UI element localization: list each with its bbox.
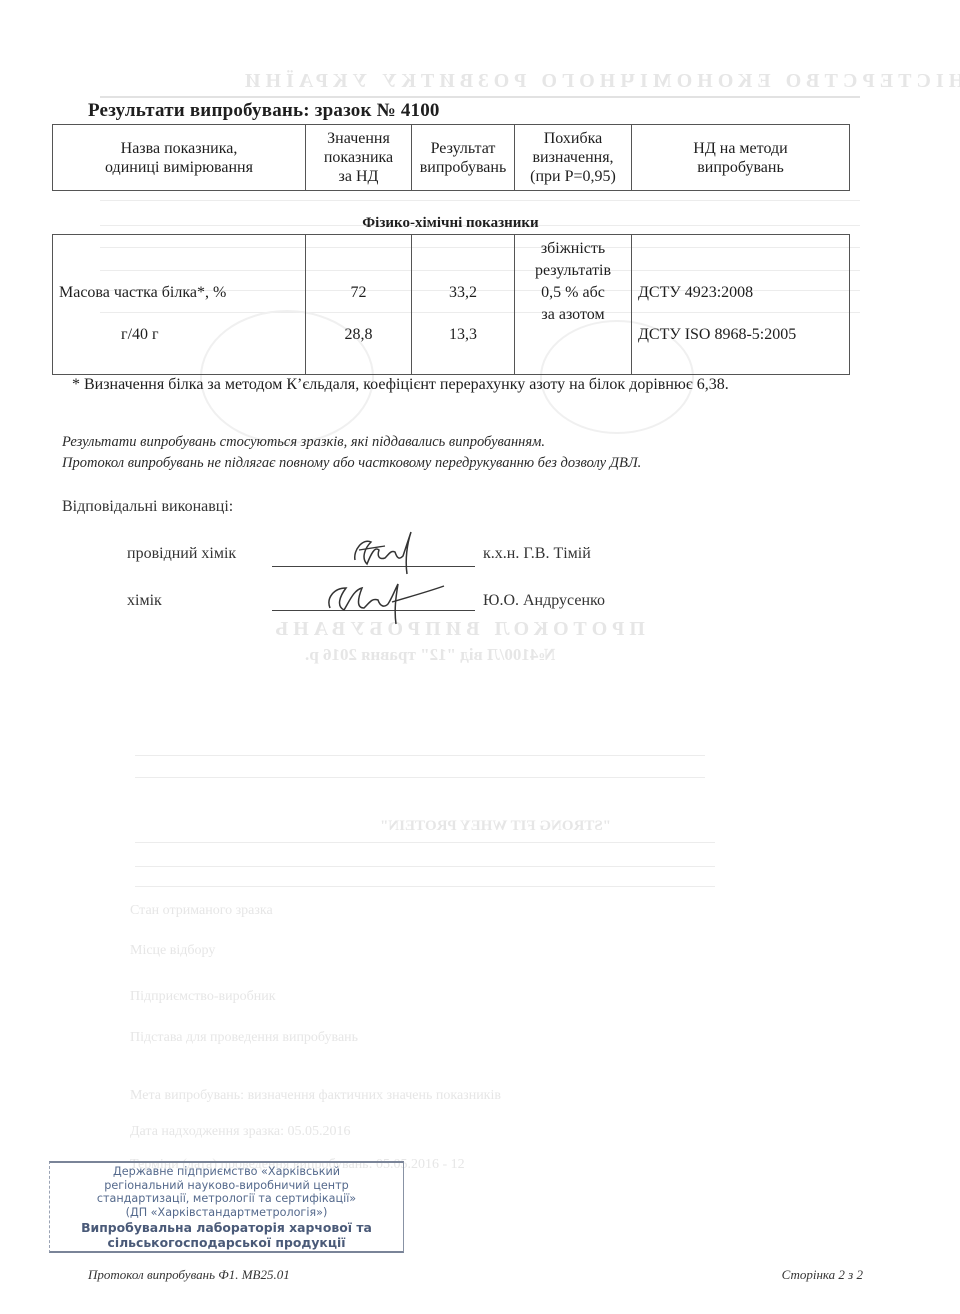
header-line: Назва показника, <box>53 139 305 158</box>
stamp-line: стандартизації, метрології та сертифікац… <box>50 1192 403 1206</box>
header-norm-value: Значення показника за НД <box>306 125 412 191</box>
table-cell-result: 33,2 <box>412 283 514 302</box>
signatory-name: к.х.н. Г.В. Тімій <box>483 545 591 563</box>
show-through-rule <box>135 755 705 756</box>
signature-icon <box>345 530 435 575</box>
stamp-line: регіональний науково-виробничий центр <box>50 1179 403 1193</box>
header-line: НД на методи <box>632 139 849 158</box>
header-indicator-name: Назва показника, одиниці вимірювання <box>53 125 306 191</box>
show-through-rule <box>135 842 715 843</box>
signatory-name: Ю.О. Андрусенко <box>483 592 605 610</box>
header-error: Похибка визначення, (при Р=0,95) <box>515 125 632 191</box>
results-data-table: Масова частка білка*, % г/40 г 72 28,8 3… <box>52 234 850 375</box>
reprint-note: Протокол випробувань не підлягає повному… <box>62 455 641 472</box>
show-through-line: Стан отриманого зразка <box>130 903 273 919</box>
footer-page-number: Сторінка 2 з 2 <box>782 1267 863 1283</box>
error-line: за азотом <box>515 305 631 324</box>
footnote: * Визначення білка за методом К’єльдаля,… <box>72 376 729 394</box>
table-cell-norm: 72 <box>306 283 411 302</box>
header-line: Похибка <box>515 129 631 148</box>
cell-indicator-name: Масова частка білка*, % г/40 г <box>53 235 306 375</box>
responsible-label: Відповідальні виконавці: <box>62 498 233 516</box>
cell-test-method: ДСТУ 4923:2008 ДСТУ ISO 8968-5:2005 <box>632 235 850 375</box>
header-line: за НД <box>306 167 411 186</box>
header-line: Результат <box>412 139 514 158</box>
header-line: визначення, <box>515 148 631 167</box>
show-through-heading: МІНІСТЕРСТВО ЕКОНОМІЧНОГО РОЗВИТКУ УКРАЇ… <box>240 70 960 93</box>
footer-form-code: Протокол випробувань Ф1. МВ25.01 <box>88 1267 290 1283</box>
stamp-lab-line: Випробувальна лабораторія харчової та <box>50 1220 403 1235</box>
signature-icon <box>322 578 452 628</box>
table-cell-method: ДСТУ ISO 8968-5:2005 <box>638 325 796 344</box>
cell-error: збіжність результатів 0,5 % абс за азото… <box>515 235 632 375</box>
stamp-lab-line: сільськогосподарської продукції <box>50 1235 403 1250</box>
show-through-product: "STRONG FIT WHEY PROTEIN" <box>380 818 611 835</box>
signatory-role: провідний хімік <box>127 545 236 563</box>
show-through-protocol-number: №4100/Л від "12" травня 2016 р. <box>305 645 556 665</box>
stamp-line: (ДП «Харківстандартметрологія») <box>50 1206 403 1220</box>
header-line: (при Р=0,95) <box>515 167 631 186</box>
header-line: випробувань <box>632 158 849 177</box>
header-test-method: НД на методи випробувань <box>632 125 850 191</box>
table-row-name: г/40 г <box>121 325 159 344</box>
cell-test-result: 33,2 13,3 <box>412 235 515 375</box>
results-title: Результати випробувань: зразок № 4100 <box>88 100 440 122</box>
header-line: Значення <box>306 129 411 148</box>
header-test-result: Результат випробувань <box>412 125 515 191</box>
table-row-name: Масова частка білка*, % <box>59 283 226 302</box>
header-line: одиниці вимірювання <box>53 158 305 177</box>
organization-stamp: Державне підприємство «Харківський регіо… <box>49 1161 404 1253</box>
section-title: Фізико-хімічні показники <box>52 215 849 232</box>
error-line: 0,5 % абс <box>515 283 631 302</box>
show-through-line: Місце відбору <box>130 943 215 959</box>
table-cell-method: ДСТУ 4923:2008 <box>638 283 753 302</box>
show-through-line: Підстава для проведення випробувань <box>130 1030 358 1046</box>
signatory-role: хімік <box>127 592 162 610</box>
table-cell-norm: 28,8 <box>306 325 411 344</box>
stamp-line: Державне підприємство «Харківський <box>50 1165 403 1179</box>
show-through-rule <box>135 866 715 867</box>
cell-norm-value: 72 28,8 <box>306 235 412 375</box>
results-note: Результати випробувань стосуються зразкі… <box>62 434 545 451</box>
show-through-rule <box>135 886 715 887</box>
show-through-rule <box>100 96 860 98</box>
header-line: показника <box>306 148 411 167</box>
show-through-rule <box>100 200 860 201</box>
show-through-rule <box>135 777 705 778</box>
show-through-line: Дата надходження зразка: 05.05.2016 <box>130 1124 351 1140</box>
error-line: збіжність <box>515 239 631 258</box>
header-line: випробувань <box>412 158 514 177</box>
show-through-line: Мета випробувань: визначення фактичних з… <box>130 1088 501 1104</box>
show-through-line: Підприємство-виробник <box>130 989 276 1005</box>
error-line: результатів <box>515 261 631 280</box>
table-cell-result: 13,3 <box>412 325 514 344</box>
results-header-table: Назва показника, одиниці вимірювання Зна… <box>52 124 850 191</box>
